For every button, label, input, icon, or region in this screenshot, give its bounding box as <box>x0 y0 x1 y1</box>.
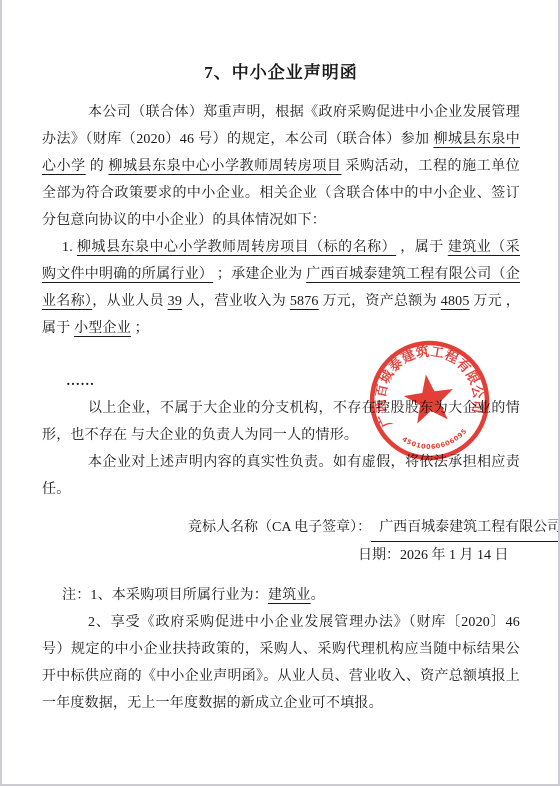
date-value: 2026 年 1 月 14 日 <box>400 548 509 563</box>
declaration-paragraph: 本公司（联合体）郑重声明，根据《政府采购促进中小企业发展管理办法》（财库（202… <box>42 99 520 234</box>
date-label: 日期： <box>358 548 400 563</box>
project-name-underline: 柳城县东泉中心小学教师周转房项目 <box>108 159 341 174</box>
signature-label: 竞标人名称（CA 电子签章）： <box>188 520 371 535</box>
note-1-prefix: 注：1、本采购项目所属行业为： <box>62 588 268 603</box>
item-1-paragraph: 1. 柳城县东泉中心小学教师周转房项目（标的名称） ，属于 建筑业（采购文件中明… <box>42 234 520 342</box>
page-content: 7、中小企业声明函 本公司（联合体）郑重声明，根据《政府采购促进中小企业发展管理… <box>42 0 520 717</box>
item-1-text-5: 万元，资产总额为 <box>319 294 441 309</box>
enterprise-size-underline: 小型企业 <box>74 321 131 336</box>
document-page: 7、中小企业声明函 本公司（联合体）郑重声明，根据《政府采购促进中小企业发展管理… <box>0 0 560 786</box>
document-title: 7、中小企业声明函 <box>42 60 520 86</box>
item-1-text-1: ，属于 <box>396 240 448 255</box>
revenue-value-underline: 5876 <box>290 294 319 309</box>
notes-section: 注：1、本采购项目所属行业为：建筑业。 2、享受《政府采购促进中小企业发展管理办… <box>42 582 520 717</box>
note-1: 注：1、本采购项目所属行业为：建筑业。 <box>42 582 520 609</box>
assets-value-underline: 4805 <box>441 294 470 309</box>
branch-statement-paragraph: 以上企业，不属于大企业的分支机构，不存在控股股东为大企业的情形，也不存在 与大企… <box>42 395 520 449</box>
item-1-text-7: ； <box>131 321 149 336</box>
subject-name-underline: 柳城县东泉中心小学教师周转房项目（标的名称） <box>77 240 396 255</box>
note-1-industry-underline: 建筑业 <box>268 588 311 603</box>
item-1-text-3: ，从业人员 <box>92 294 167 309</box>
ellipsis-line: …… <box>42 368 520 395</box>
date-row: 日期：2026 年 1 月 14 日 <box>358 542 520 569</box>
item-1-text-4: 人，营业收入为 <box>182 294 290 309</box>
item-1-number: 1. <box>62 240 77 255</box>
note-1-suffix: 。 <box>311 588 325 603</box>
declaration-mid-text: 的 <box>86 159 109 174</box>
responsibility-paragraph: 本企业对上述声明内容的真实性负责。如有虚假，将依法承担相应责任。 <box>42 449 520 503</box>
note-2: 2、享受《政府采购促进中小企业发展管理办法》（财库〔2020〕46 号）规定的中… <box>42 609 520 717</box>
employees-count-underline: 39 <box>168 294 182 309</box>
bidder-company-name: 广西百城泰建筑工程有限公司 <box>379 520 560 535</box>
signature-row: 竞标人名称（CA 电子签章）：广西百城泰建筑工程有限公司 <box>188 514 520 542</box>
bidder-company-underline: 广西百城泰建筑工程有限公司 <box>371 514 560 542</box>
item-1-text-2: ；承建企业为 <box>213 267 306 282</box>
